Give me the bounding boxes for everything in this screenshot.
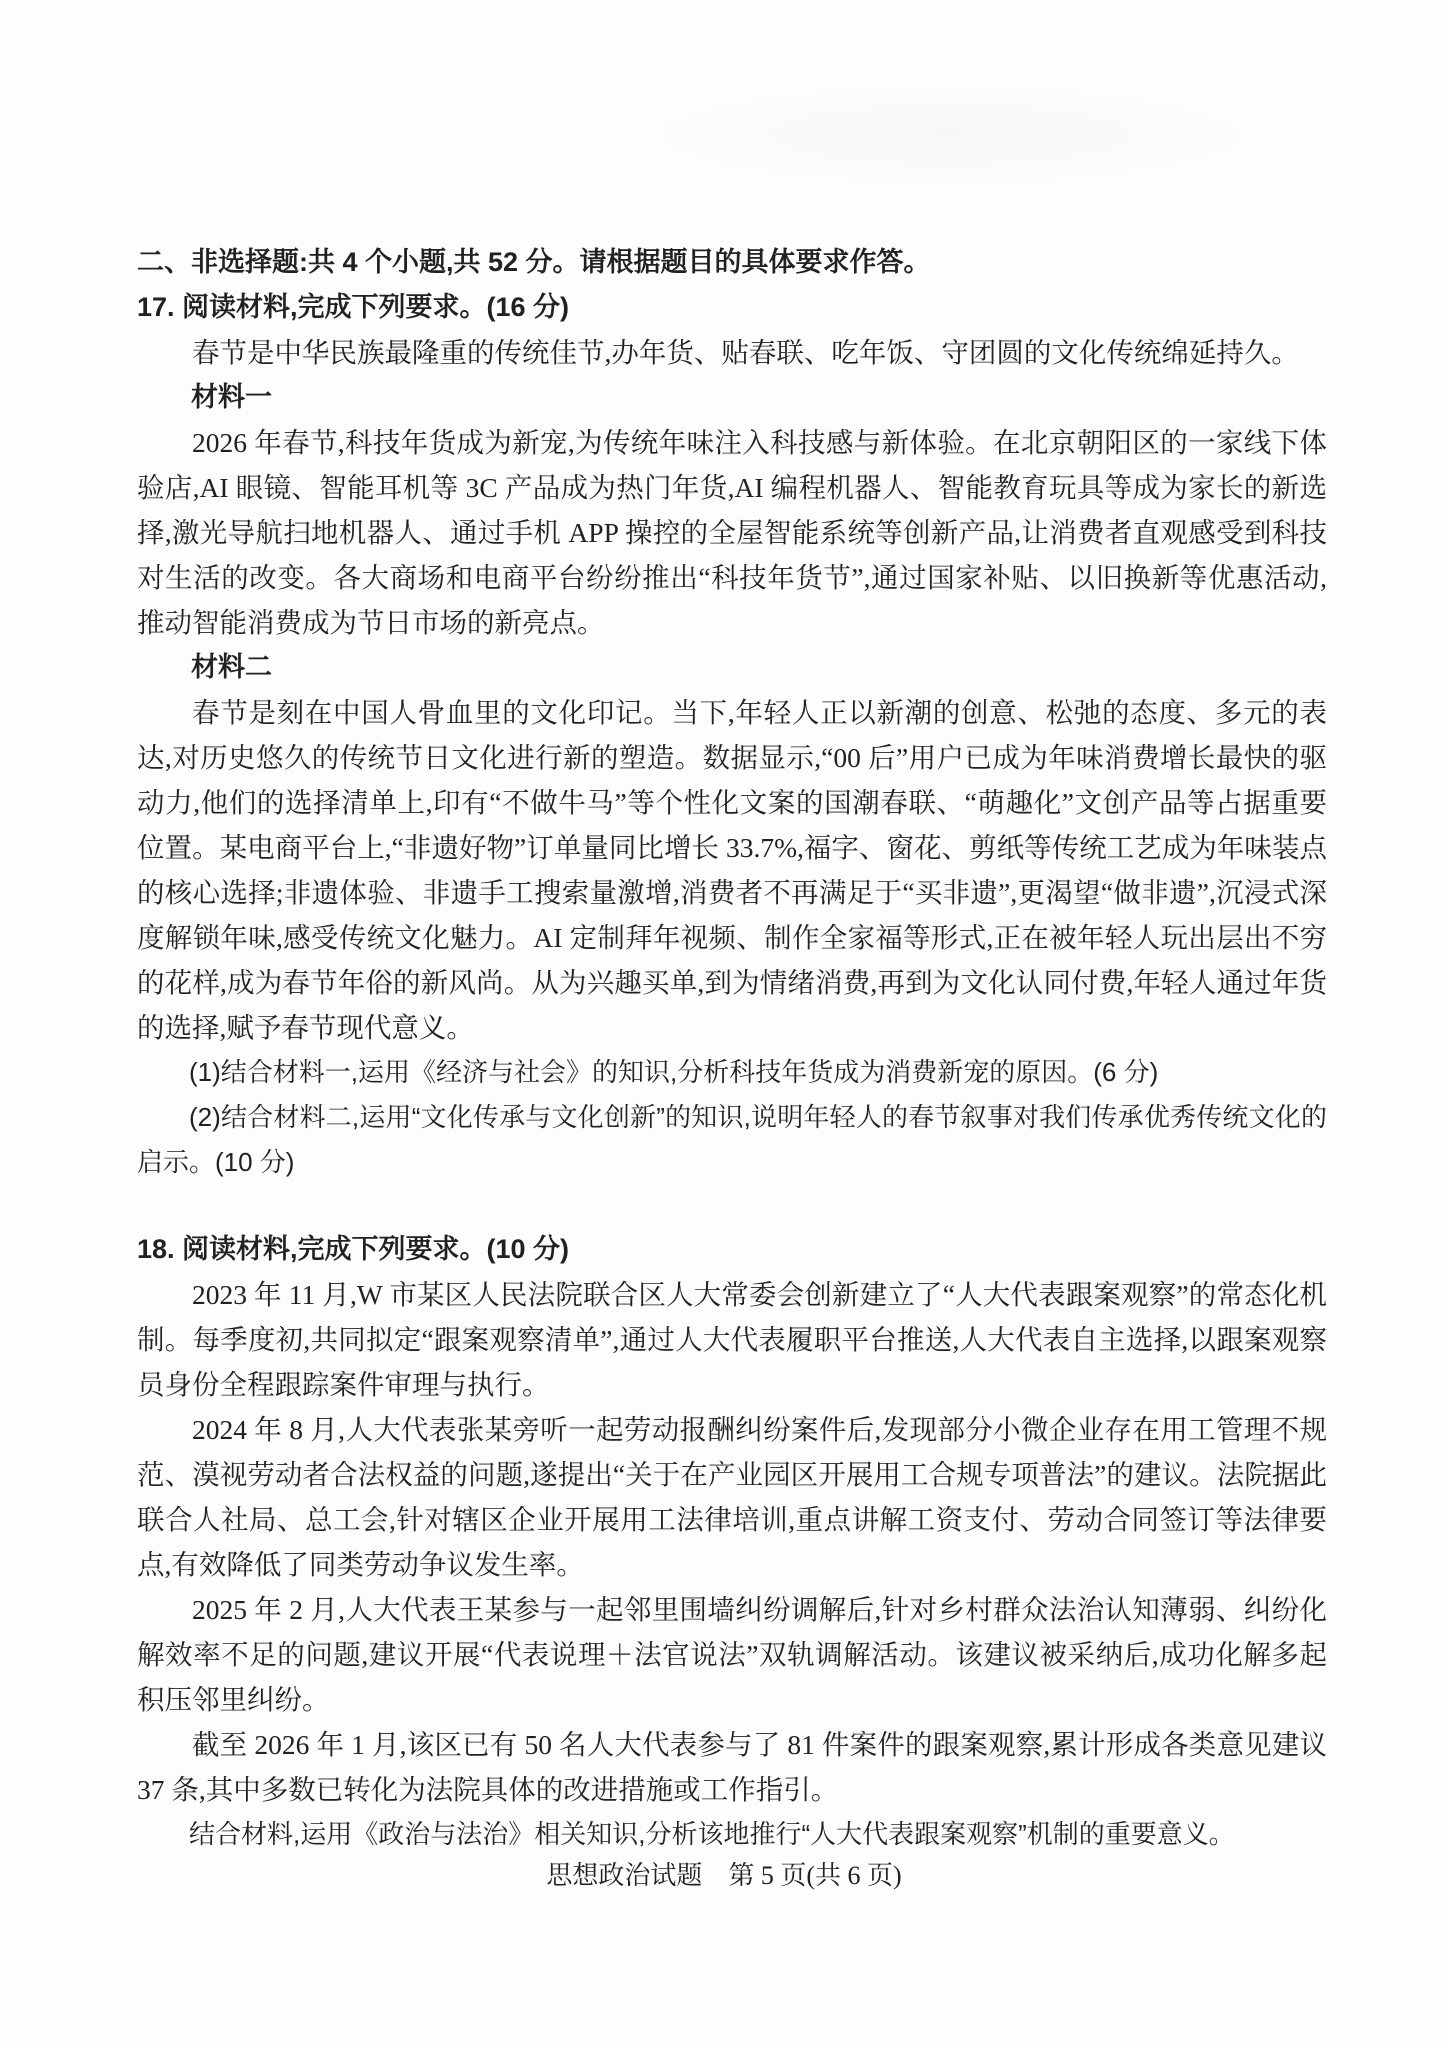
material-2-text: 春节是刻在中国人骨血里的文化印记。当下,年轻人正以新潮的创意、松弛的态度、多元的… — [137, 690, 1327, 1050]
material-2-label: 材料二 — [137, 645, 1327, 690]
question-17-intro: 春节是中华民族最隆重的传统佳节,办年货、贴春联、吃年饭、守团圆的文化传统绵延持久… — [137, 330, 1327, 375]
question-18-header: 18. 阅读材料,完成下列要求。(10 分) — [137, 1227, 1327, 1272]
question-18-paragraph-1: 2023 年 11 月,W 市某区人民法院联合区人大常委会创新建立了“人大代表跟… — [137, 1272, 1327, 1407]
question-17: 17. 阅读材料,完成下列要求。(16 分) 春节是中华民族最隆重的传统佳节,办… — [137, 285, 1327, 1185]
question-18: 18. 阅读材料,完成下列要求。(10 分) 2023 年 11 月,W 市某区… — [137, 1227, 1327, 1857]
question-18-paragraph-2: 2024 年 8 月,人大代表张某旁听一起劳动报酬纠纷案件后,发现部分小微企业存… — [137, 1407, 1327, 1587]
section-header: 二、非选择题:共 4 个小题,共 52 分。请根据题目的具体要求作答。 — [137, 240, 1327, 285]
scan-artifact — [640, 80, 1260, 190]
question-17-header: 17. 阅读材料,完成下列要求。(16 分) — [137, 285, 1327, 330]
exam-paper-page: 二、非选择题:共 4 个小题,共 52 分。请根据题目的具体要求作答。 17. … — [0, 0, 1448, 2048]
question-18-task: 结合材料,运用《政治与法治》相关知识,分析该地推行“人大代表跟案观察”机制的重要… — [137, 1812, 1327, 1857]
material-1-text: 2026 年春节,科技年货成为新宠,为传统年味注入科技感与新体验。在北京朝阳区的… — [137, 420, 1327, 645]
question-18-paragraph-4: 截至 2026 年 1 月,该区已有 50 名人大代表参与了 81 件案件的跟案… — [137, 1722, 1327, 1812]
question-17-subquestion-1: (1)结合材料一,运用《经济与社会》的知识,分析科技年货成为消费新宠的原因。(6… — [137, 1050, 1327, 1095]
page-footer: 思想政治试题 第 5 页(共 6 页) — [0, 1858, 1448, 1894]
question-17-subquestion-2: (2)结合材料二,运用“文化传承与文化创新”的知识,说明年轻人的春节叙事对我们传… — [137, 1095, 1327, 1185]
question-18-paragraph-3: 2025 年 2 月,人大代表王某参与一起邻里围墙纠纷调解后,针对乡村群众法治认… — [137, 1587, 1327, 1722]
material-1-label: 材料一 — [137, 375, 1327, 420]
page-content: 二、非选择题:共 4 个小题,共 52 分。请根据题目的具体要求作答。 17. … — [137, 240, 1327, 1857]
